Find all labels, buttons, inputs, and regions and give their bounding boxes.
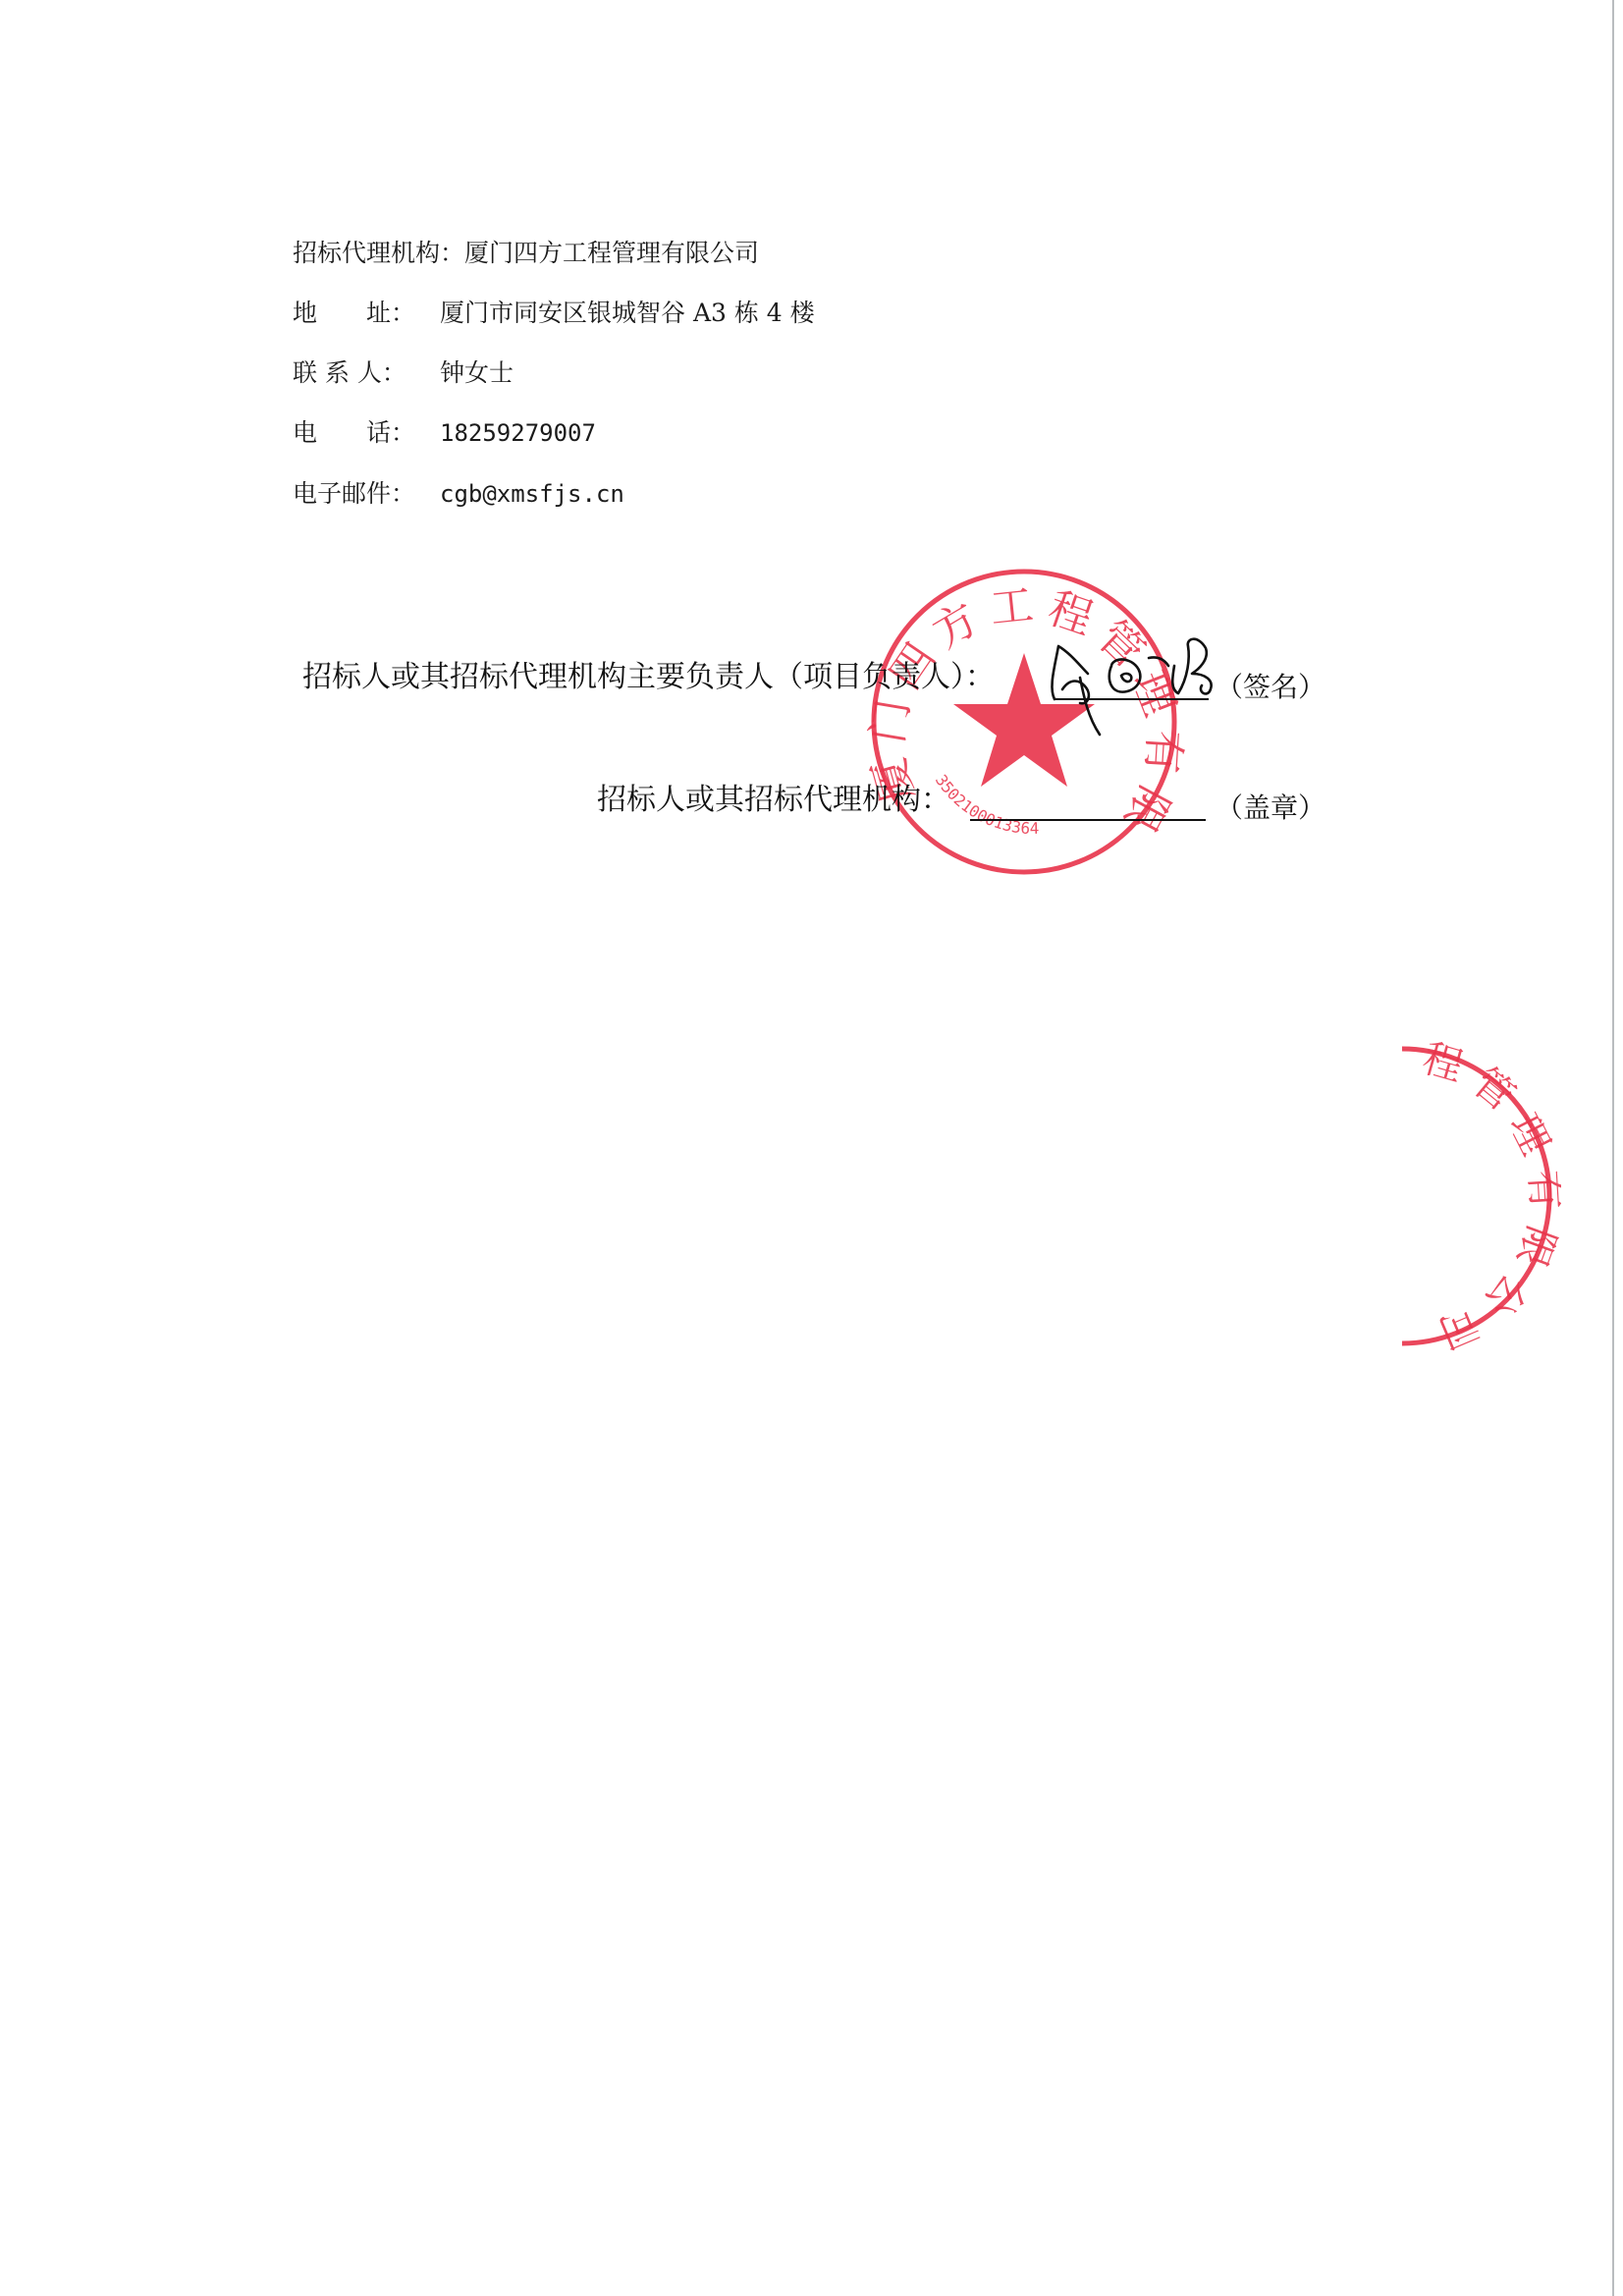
email-label: 电子邮件： [293, 477, 440, 511]
contact-person-value: 钟女士 [440, 356, 514, 390]
partial-seal-text: 程管理有限公司 [1418, 1041, 1561, 1355]
address-row: 地 址：厦门市同安区银城智谷 A3 栋 4 楼 [293, 297, 815, 330]
phone-label: 电 话： [293, 416, 440, 450]
document-page: 招标代理机构：厦门四方工程管理有限公司 地 址：厦门市同安区银城智谷 A3 栋 … [0, 0, 1623, 2296]
signature-suffix: （签名） [1216, 668, 1325, 707]
email-row: 电子邮件：cgb@xmsfjs.cn [293, 477, 624, 511]
principal-signature-label: 招标人或其招标代理机构主要负责人（项目负责人）： [302, 658, 995, 697]
seal-suffix: （盖章） [1216, 789, 1325, 828]
seal-label: 招标人或其招标代理机构： [597, 781, 950, 820]
phone-row: 电 话：18259279007 [293, 416, 596, 450]
agency-value: 厦门四方工程管理有限公司 [464, 237, 759, 270]
contact-person-label: 联 系 人： [293, 356, 440, 390]
signature-underline [1054, 698, 1209, 700]
email-value: cgb@xmsfjs.cn [440, 477, 624, 511]
contact-person-row: 联 系 人：钟女士 [293, 356, 514, 390]
agency-row: 招标代理机构：厦门四方工程管理有限公司 [293, 237, 759, 270]
agency-label: 招标代理机构： [293, 237, 464, 270]
seal-underline [970, 819, 1206, 821]
partial-seam-stamp: 程管理有限公司 [1394, 1041, 1561, 1355]
company-seal-stamp: 厦门四方工程管理有限公司 3502100013364 [864, 565, 1188, 889]
address-value: 厦门市同安区银城智谷 A3 栋 4 楼 [440, 297, 815, 330]
page-edge-line [1612, 0, 1614, 2296]
handwritten-signature [1041, 619, 1237, 746]
phone-value: 18259279007 [440, 416, 596, 450]
address-label: 地 址： [293, 297, 440, 330]
